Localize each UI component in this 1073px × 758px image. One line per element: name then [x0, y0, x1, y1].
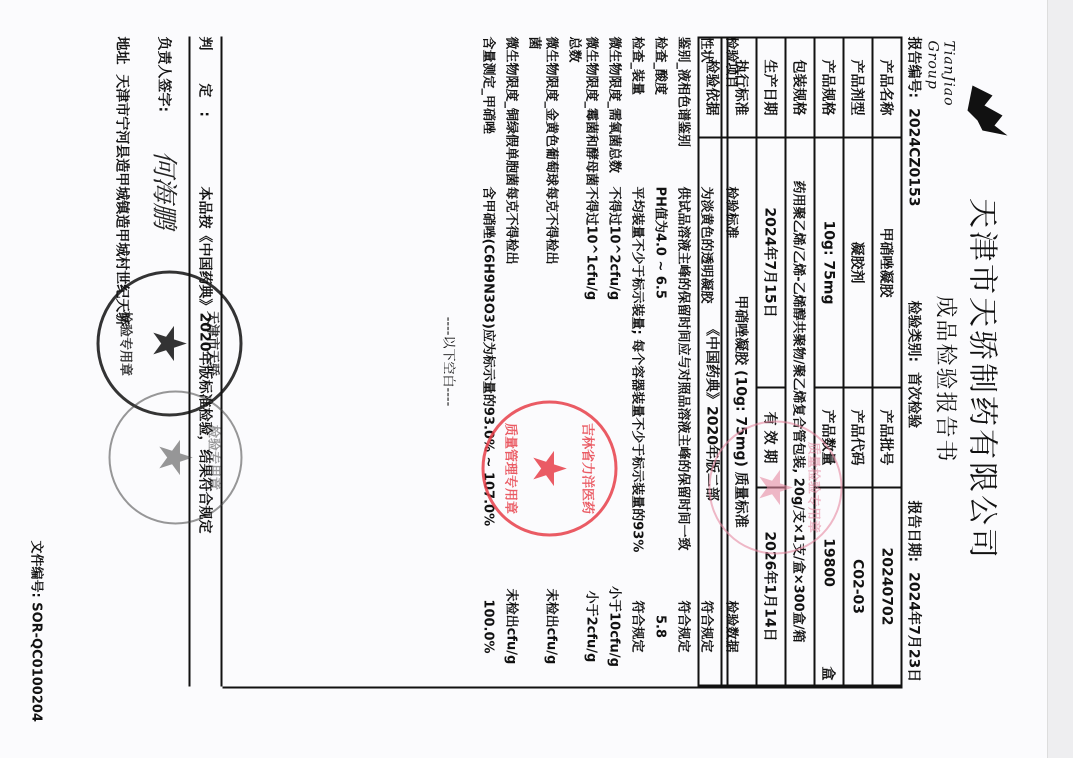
spec-label: 产品规格 — [815, 38, 844, 138]
test-row: 微生物限度_需氧菌总数不得过10^2cfu/g小于10cfu/g — [606, 37, 623, 687]
test-item: 性状 — [698, 37, 715, 187]
test-standard: 含甲硝唑(C6H9N3O3)应为标示量的93.0% ~ 107.0% — [480, 187, 497, 567]
test-result: 符合规定 — [629, 567, 646, 687]
test-row: 微生物限度_金黄色葡萄球菌每克不得检出未检出cfu/g — [526, 37, 560, 687]
test-item: 微生物限度_铜绿假单胞菌 — [503, 37, 520, 187]
dosage-form-value: 凝胶剂 — [844, 138, 873, 388]
test-standard: 供试品溶液主峰的保留时间应与对照品溶液主峰的保留时间一致 — [675, 187, 692, 567]
star-icon: ★ — [153, 437, 199, 478]
test-row: 微生物限度_铜绿假单胞菌每克不得检出未检出cfu/g — [503, 37, 520, 687]
product-name-label: 产品名称 — [873, 38, 902, 138]
packaging-label: 包装规格 — [786, 38, 815, 138]
test-item: 微生物限度_霉菌和酵母菌总数 — [566, 37, 600, 187]
test-rows: 性状为淡黄色的透明凝胶符合规定鉴别_液相色谱鉴别供试品溶液主峰的保留时间应与对照… — [480, 37, 715, 687]
test-item: 微生物限度_金黄色葡萄球菌 — [526, 37, 560, 187]
end-marker: ----以下空白---- — [441, 37, 460, 687]
test-result: 符合规定 — [675, 567, 692, 687]
test-row: 鉴别_液相色谱鉴别供试品溶液主峰的保留时间应与对照品溶液主峰的保留时间一致符合规… — [675, 37, 692, 687]
report-date: 报告日期:2024年7月23日 — [905, 501, 925, 683]
document-number: 文件编号: SOR-QC0100204 — [29, 541, 48, 722]
report-number: 报告编号:2024CZ0153 — [905, 37, 925, 207]
test-type: 检验类别:首次检验 — [905, 301, 925, 429]
test-result: 小于2cfu/g — [583, 567, 600, 687]
test-result: 100.0% — [480, 567, 497, 687]
company-name: 天津市天骄制药有限公司 — [964, 1, 1008, 758]
test-row: 检查_酸度PH值为4.0 ~ 6.55.8 — [652, 37, 669, 687]
test-item: 含量测定_甲硝唑 — [480, 37, 497, 187]
judgment-label: 判 定: — [196, 37, 216, 187]
right-border-line — [223, 687, 903, 689]
document-title: 成品检验报告书 — [932, 1, 963, 758]
mfg-date-value: 2024年7月15日 — [757, 138, 786, 388]
test-result: 符合规定 — [698, 567, 715, 687]
test-result: 小于10cfu/g — [606, 567, 623, 687]
test-row: 微生物限度_霉菌和酵母菌总数不得过10^1cfu/g小于2cfu/g — [566, 37, 600, 687]
pink-seal-stamp: 质量检验专用章 ★ — [709, 421, 843, 555]
test-result: 5.8 — [652, 567, 669, 687]
grey-seal-stamp: 检验专用章 ★ — [109, 391, 243, 525]
test-standard: PH值为4.0 ~ 6.5 — [652, 187, 669, 567]
test-item: 检查_酸度 — [652, 37, 669, 187]
packaging-value: 药用聚乙烯/乙烯-乙烯醇共聚物/聚乙烯复合管包装, 20g/支×1支/盒×300… — [786, 138, 815, 686]
signature: 何海鹏 — [148, 151, 185, 229]
test-row: 含量测定_甲硝唑含甲硝唑(C6H9N3O3)应为标示量的93.0% ~ 107.… — [480, 37, 497, 687]
test-standard: 不得过10^2cfu/g — [606, 187, 623, 567]
signer-label: 负责人签字: — [155, 37, 175, 113]
red-seal-stamp: 吉林省力洋医药 ★ 质量管理专用章 — [482, 401, 618, 537]
table-row: 产品规格 10g: 75mg 产品数量 19800 盒 — [815, 38, 844, 686]
test-item: 鉴别_液相色谱鉴别 — [675, 37, 692, 187]
test-item: 检查_装量 — [629, 37, 646, 187]
product-name-value: 甲硝唑凝胶 — [873, 138, 902, 388]
table-row: 生产日期 2024年7月15日 有 效 期 2026年1月14日 — [757, 38, 786, 686]
test-item: 微生物限度_需氧菌总数 — [606, 37, 623, 187]
report-page: TianJiao Group 天津市天骄制药有限公司 成品检验报告书 报告编号:… — [0, 1, 1073, 758]
test-row: 检查_装量平均装量不少于标示装量; 每个容器装量不少于标示装量的93%符合规定 — [629, 37, 646, 687]
code-label: 产品代码 — [844, 388, 873, 488]
star-icon: ★ — [147, 323, 193, 364]
dosage-form-label: 产品剂型 — [844, 38, 873, 138]
quantity-unit: 盒 — [815, 637, 844, 686]
table-row: 产品名称 甲硝唑凝胶 产品批号 20240702 — [873, 38, 902, 686]
header-test-item: 检验项目 — [724, 37, 743, 187]
test-result: 未检出cfu/g — [543, 567, 560, 687]
test-row: 性状为淡黄色的透明凝胶符合规定 — [698, 37, 715, 687]
table-row: 产品剂型 凝胶剂 产品代码 C02-03 — [844, 38, 873, 686]
header-test-data: 检验数据 — [724, 567, 743, 687]
star-icon: ★ — [527, 448, 573, 489]
mfg-date-label: 生产日期 — [757, 38, 786, 138]
star-icon: ★ — [753, 467, 799, 508]
test-results: 检验项目 检验标准 检验数据 性状为淡黄色的透明凝胶符合规定鉴别_液相色谱鉴别供… — [441, 37, 743, 687]
code-value: C02-03 — [844, 488, 873, 686]
test-header-row: 检验项目 检验标准 检验数据 — [721, 37, 743, 687]
test-standard: 平均装量不少于标示装量; 每个容器装量不少于标示装量的93% — [629, 187, 646, 567]
table-row: 包装规格 药用聚乙烯/乙烯-乙烯醇共聚物/聚乙烯复合管包装, 20g/支×1支/… — [786, 38, 815, 686]
test-result: 未检出cfu/g — [503, 567, 520, 687]
batch-label: 产品批号 — [873, 388, 902, 488]
batch-value: 20240702 — [873, 488, 902, 686]
spec-value: 10g: 75mg — [815, 138, 844, 388]
